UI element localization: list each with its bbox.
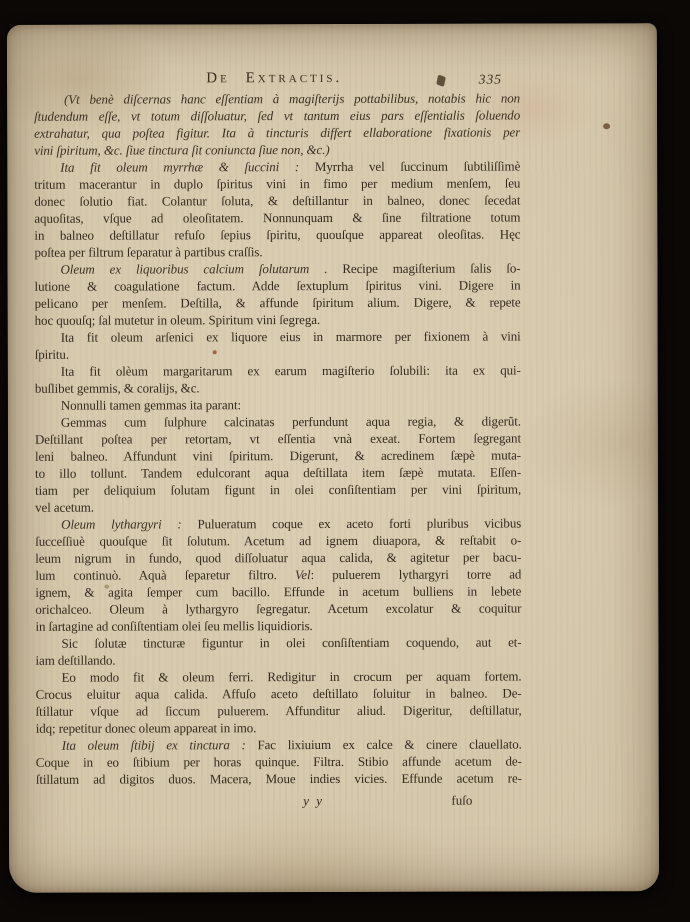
text-line: orichalceo. Oleum à lythargyro ſegregatu… [35,600,521,618]
roman-segment: Eo modo fit & oleum ferri. Redigitur in … [62,669,522,685]
text-line: Oleum lythargyri : Pulueratum coque ex a… [35,515,521,533]
paper-speck [603,123,610,129]
text-line: pelicano per menſem. Deſtilla, & affunde… [35,294,521,312]
text-line: Sic ſolutæ tincturæ figuntur in olei con… [35,634,521,652]
text-line: ſtudendum eſſe, vt totum diſſoluatur, ſe… [34,107,520,125]
roman-segment: lum continuò. Aquà ſeparetur filtro. [35,567,295,583]
text-line: ſtillatum ad digitos duos. Macera, Moue … [36,770,522,788]
roman-segment: to illo tollunt. Tandem edulcorant aqua … [35,465,521,481]
roman-segment: idq; repetitur donec oleum appareat in i… [36,720,257,736]
text-line: ſucceſſiuè quouſque ſit ſolutum. Acetum … [35,532,521,550]
text-line: to illo tollunt. Tandem edulcorant aqua … [35,464,521,482]
text-line: Ita oleum ſtibij ex tinctura : Fac lixiu… [36,736,522,754]
text-line: poſtea per filtrum ſeparatur à partibus … [34,243,520,261]
roman-segment: in balneo deſtillatur refuſo ſepius ſpir… [34,227,520,243]
roman-segment: buſlibet gemmis, & coralijs, &c. [35,380,200,395]
roman-segment: vel acetum. [35,500,94,515]
italic-segment: ſtudendum eſſe, vt totum diſſoluatur, ſe… [34,108,520,124]
text-line: Ita fit olèum margaritarum ex earum magi… [35,362,521,380]
roman-segment: poſtea per filtrum ſeparatur à partibus … [34,244,262,260]
paper-speck [213,350,217,354]
roman-segment: Gemmas cum ſulphure calcinatas perfundun… [61,414,521,430]
roman-segment: tritum macerantur in duplo ſpiritus vini… [34,176,520,192]
roman-segment: Nonnulli tamen gemmas ita parant: [61,397,241,412]
text-line: Eo modo fit & oleum ferri. Redigitur in … [36,668,522,686]
text-line: idq; repetitur donec oleum appareat in i… [36,719,522,737]
roman-segment: : puluerem lythargyri torre ad [311,567,522,583]
text-line: vel acetum. [35,498,521,516]
roman-segment: ſpiritu. [35,347,69,362]
italic-segment: vini ſpiritum, &c. ſiue tinctura ſit con… [34,142,329,158]
catchword: fuſo [451,792,472,809]
text-line: Ita fit oleum arſenici ex liquore eius i… [35,328,521,346]
text-line: Oleum ex liquoribus calcium ſolutarum . … [34,260,520,278]
text-line: (Vt benè diſcernas hanc eſſentiam à magi… [34,90,520,108]
roman-segment: Ita fit olèum margaritarum ex earum magi… [61,363,521,379]
text-block: (Vt benè diſcernas hanc eſſentiam à magi… [34,90,522,810]
text-line: iam deſtillando. [36,651,522,669]
italic-segment: (Vt benè diſcernas hanc eſſentiam à magi… [64,91,520,107]
signature-line: y y fuſo [36,792,522,810]
text-line: ſtillatur vſque ad ſiccum puluerem. Affu… [36,702,522,720]
text-line: ſpiritu. [35,345,521,363]
roman-segment: lutione & coagulatione factum. Adde ſext… [35,278,521,294]
text-line: Crocus eluitur aqua calida. Affuſo aceto… [36,685,522,703]
signature-mark: y y [303,792,324,809]
roman-segment: ſucceſſiuè quouſque ſit ſolutum. Acetum … [35,533,521,549]
text-line: Nonnulli tamen gemmas ita parant: [35,396,521,414]
page-title: De Extractis. [206,70,342,87]
text-line: aquoſitas, vſque ad oleoſitatem. Nonnunq… [34,209,520,227]
roman-segment: Sic ſolutæ tincturæ figuntur in olei con… [61,635,521,651]
roman-segment: Deſtillant poſtea per retortam, vt eſſen… [35,431,521,447]
text-line: buſlibet gemmis, & coralijs, &c. [35,379,521,397]
italic-segment: Ita fit oleum myrrhæ & ſuccini : [60,159,315,175]
roman-segment: leum nigrum in fundo, quod diſſoluatur a… [35,550,521,566]
text-line: hoc quouſq; ſal mutetur in oleum. Spirit… [35,311,521,329]
text-line: leum nigrum in fundo, quod diſſoluatur a… [35,549,521,567]
text-line: tritum macerantur in duplo ſpiritus vini… [34,175,520,193]
text-line: lutione & coagulatione factum. Adde ſext… [35,277,521,295]
text-line: Deſtillant poſtea per retortam, vt eſſen… [35,430,521,448]
roman-segment: Recipe magiſterium ſalis ſo- [342,261,520,276]
roman-segment: Ita fit oleum arſenici ex liquore eius i… [61,329,521,345]
roman-segment: ſtillatur vſque ad ſiccum puluerem. Affu… [36,703,522,719]
page-number: 335 [479,72,502,88]
roman-segment: Fac lixiuium ex calce & cinere clauellat… [257,737,521,753]
roman-segment: hoc quouſq; ſal mutetur in oleum. Spirit… [35,312,320,328]
italic-segment: Ita oleum ſtibij ex tinctura : [62,737,258,753]
roman-segment: donec ſolutio fiat. Colantur ſoluta, & d… [34,193,520,209]
roman-segment: leni balneo. Affundunt vini ſpiritum. Di… [35,448,521,464]
text-line: in ſartagine ad conſiſtentiam olei ſeu m… [35,617,521,635]
text-line: Coque in eo ſtibium per horas quinque. F… [36,753,522,771]
text-line: tiam per deliquium ſolutam figunt in ole… [35,481,521,499]
italic-segment: extrahatur, qua poſtea figitur. Ita à ti… [34,125,520,141]
roman-segment: Pulueratum coque ex aceto forti pluribus… [197,516,521,532]
text-line: donec ſolutio fiat. Colantur ſoluta, & d… [34,192,520,210]
roman-segment: pelicano per menſem. Deſtilla, & affunde… [35,295,521,311]
roman-segment: Myrrha vel ſuccinum ſubtiliſſimè [315,159,520,175]
italic-segment: Vel [295,567,311,582]
text-line: in balneo deſtillatur refuſo ſepius ſpir… [34,226,520,244]
text-line: Gemmas cum ſulphure calcinatas perfundun… [35,413,521,431]
roman-segment: ſtillatum ad digitos duos. Macera, Moue … [36,771,522,787]
text-line: lum continuò. Aquà ſeparetur filtro. Vel… [35,566,521,584]
roman-segment: aquoſitas, vſque ad oleoſitatem. Nonnunq… [34,210,520,226]
roman-segment: Crocus eluitur aqua calida. Affuſo aceto… [36,686,522,702]
paper-speck [364,644,368,647]
roman-segment: orichalceo. Oleum à lythargyro ſegregatu… [35,601,521,617]
text-line: extrahatur, qua poſtea figitur. Ita à ti… [34,124,520,142]
roman-segment: iam deſtillando. [36,653,116,668]
lines-container: (Vt benè diſcernas hanc eſſentiam à magi… [34,90,522,788]
italic-segment: Oleum lythargyri : [61,516,197,531]
book-page: De Extractis. 335 (Vt benè diſcernas han… [7,23,659,893]
text-line: Ita fit oleum myrrhæ & ſuccini : Myrrha … [34,158,520,176]
roman-segment: in ſartagine ad conſiſtentiam olei ſeu m… [35,618,312,634]
roman-segment: Coque in eo ſtibium per horas quinque. F… [36,754,522,770]
italic-segment: Oleum ex liquoribus calcium ſolutarum . [60,261,342,277]
roman-segment: tiam per deliquium ſolutam figunt in ole… [35,482,521,498]
text-line: vini ſpiritum, &c. ſiue tinctura ſit con… [34,141,520,159]
paper-speck [104,585,109,589]
text-line: leni balneo. Affundunt vini ſpiritum. Di… [35,447,521,465]
